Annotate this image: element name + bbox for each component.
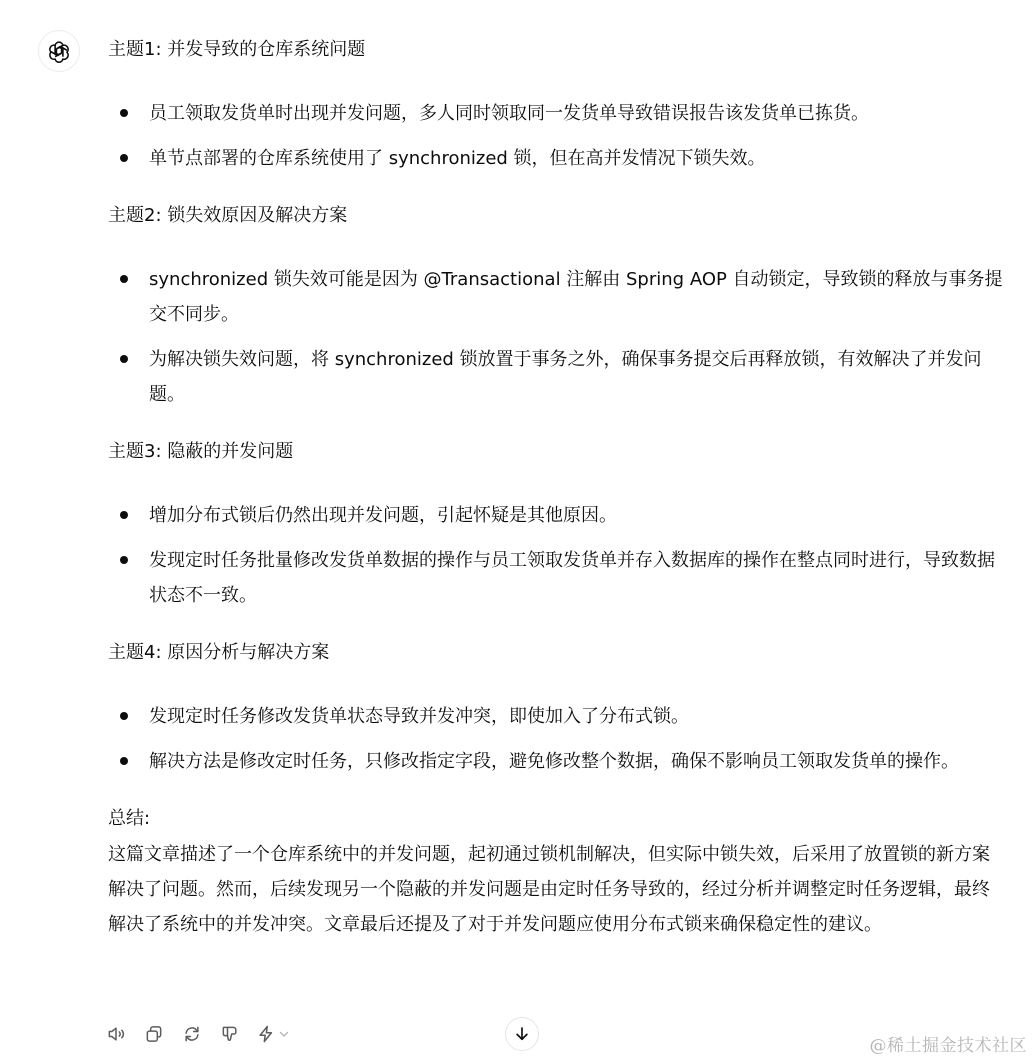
read-aloud-button[interactable]: [104, 1020, 128, 1048]
list-item: 增加分布式锁后仍然出现并发问题，引起怀疑是其他原因。: [108, 498, 1008, 533]
list-item-text: 增加分布式锁后仍然出现并发问题，引起怀疑是其他原因。: [149, 505, 617, 526]
bullet-dot: [120, 109, 128, 117]
summary-section: 总结: 这篇文章描述了一个仓库系统中的并发问题，起初通过锁机制解决，但实际中锁失…: [108, 805, 1008, 942]
bad-response-button[interactable]: [218, 1020, 242, 1048]
watermark: @稀土掘金技术社区: [870, 1031, 1028, 1056]
list-item: 发现定时任务批量修改发货单数据的操作与员工领取发货单并存入数据库的操作在整点同时…: [108, 543, 1008, 613]
bullet-list: 增加分布式锁后仍然出现并发问题，引起怀疑是其他原因。 发现定时任务批量修改发货单…: [108, 498, 1008, 613]
section-1: 主题1: 并发导致的仓库系统问题 员工领取发货单时出现并发问题，多人同时领取同一…: [108, 36, 1008, 176]
bullet-list: 发现定时任务修改发货单状态导致并发冲突，即使加入了分布式锁。 解决方法是修改定时…: [108, 699, 1008, 779]
summary-text: 这篇文章描述了一个仓库系统中的并发问题，起初通过锁机制解决，但实际中锁失效，后采…: [108, 837, 996, 942]
list-item: 单节点部署的仓库系统使用了 synchronized 锁，但在高并发情况下锁失效…: [108, 141, 1008, 176]
refresh-icon: [182, 1024, 202, 1044]
chevron-down-icon: [278, 1028, 290, 1040]
list-item: 解决方法是修改定时任务，只修改指定字段，避免修改整个数据，确保不影响员工领取发货…: [108, 744, 1008, 779]
list-item-text: 单节点部署的仓库系统使用了 synchronized 锁，但在高并发情况下锁失效…: [149, 148, 766, 169]
section-2: 主题2: 锁失效原因及解决方案 synchronized 锁失效可能是因为 @T…: [108, 202, 1008, 412]
bullet-dot: [120, 556, 128, 564]
lightning-icon: [256, 1024, 276, 1044]
list-item-text: 发现定时任务修改发货单状态导致并发冲突，即使加入了分布式锁。: [149, 706, 689, 727]
list-item-text: 解决方法是修改定时任务，只修改指定字段，避免修改整个数据，确保不影响员工领取发货…: [149, 751, 959, 772]
section-heading: 主题3: 隐蔽的并发问题: [108, 438, 1008, 466]
list-item: 发现定时任务修改发货单状态导致并发冲突，即使加入了分布式锁。: [108, 699, 1008, 734]
thumbs-down-icon: [220, 1024, 240, 1044]
bullet-dot: [120, 154, 128, 162]
copy-icon: [144, 1024, 164, 1044]
copy-button[interactable]: [142, 1020, 166, 1048]
bullet-dot: [120, 757, 128, 765]
summary-label: 总结:: [108, 805, 1008, 833]
assistant-avatar: [38, 30, 80, 72]
bullet-dot: [120, 275, 128, 283]
bullet-list: 员工领取发货单时出现并发问题，多人同时领取同一发货单导致错误报告该发货单已拣货。…: [108, 96, 1008, 176]
regenerate-button[interactable]: [180, 1020, 204, 1048]
list-item: 为解决锁失效问题，将 synchronized 锁放置于事务之外，确保事务提交后…: [108, 342, 1008, 412]
list-item-text: 为解决锁失效问题，将 synchronized 锁放置于事务之外，确保事务提交后…: [149, 349, 982, 405]
bullet-list: synchronized 锁失效可能是因为 @Transactional 注解由…: [108, 262, 1008, 412]
change-model-button[interactable]: [256, 1024, 290, 1044]
bullet-dot: [120, 355, 128, 363]
section-heading: 主题4: 原因分析与解决方案: [108, 639, 1008, 667]
list-item-text: 员工领取发货单时出现并发问题，多人同时领取同一发货单导致错误报告该发货单已拣货。: [149, 103, 869, 124]
list-item: synchronized 锁失效可能是因为 @Transactional 注解由…: [108, 262, 1008, 332]
section-4: 主题4: 原因分析与解决方案 发现定时任务修改发货单状态导致并发冲突，即使加入了…: [108, 639, 1008, 779]
scroll-to-bottom-button[interactable]: [505, 1017, 539, 1051]
arrow-down-icon: [513, 1025, 531, 1043]
section-heading: 主题1: 并发导致的仓库系统问题: [108, 36, 1008, 64]
bullet-dot: [120, 511, 128, 519]
list-item: 员工领取发货单时出现并发问题，多人同时领取同一发货单导致错误报告该发货单已拣货。: [108, 96, 1008, 131]
section-heading: 主题2: 锁失效原因及解决方案: [108, 202, 1008, 230]
list-item-text: synchronized 锁失效可能是因为 @Transactional 注解由…: [149, 269, 1003, 325]
bullet-dot: [120, 712, 128, 720]
section-3: 主题3: 隐蔽的并发问题 增加分布式锁后仍然出现并发问题，引起怀疑是其他原因。 …: [108, 438, 1008, 613]
list-item-text: 发现定时任务批量修改发货单数据的操作与员工领取发货单并存入数据库的操作在整点同时…: [149, 550, 995, 606]
speaker-icon: [106, 1024, 126, 1044]
assistant-message: 主题1: 并发导致的仓库系统问题 员工领取发货单时出现并发问题，多人同时领取同一…: [108, 36, 1008, 942]
message-actions-toolbar: [104, 1020, 290, 1048]
openai-logo-icon: [47, 39, 71, 63]
